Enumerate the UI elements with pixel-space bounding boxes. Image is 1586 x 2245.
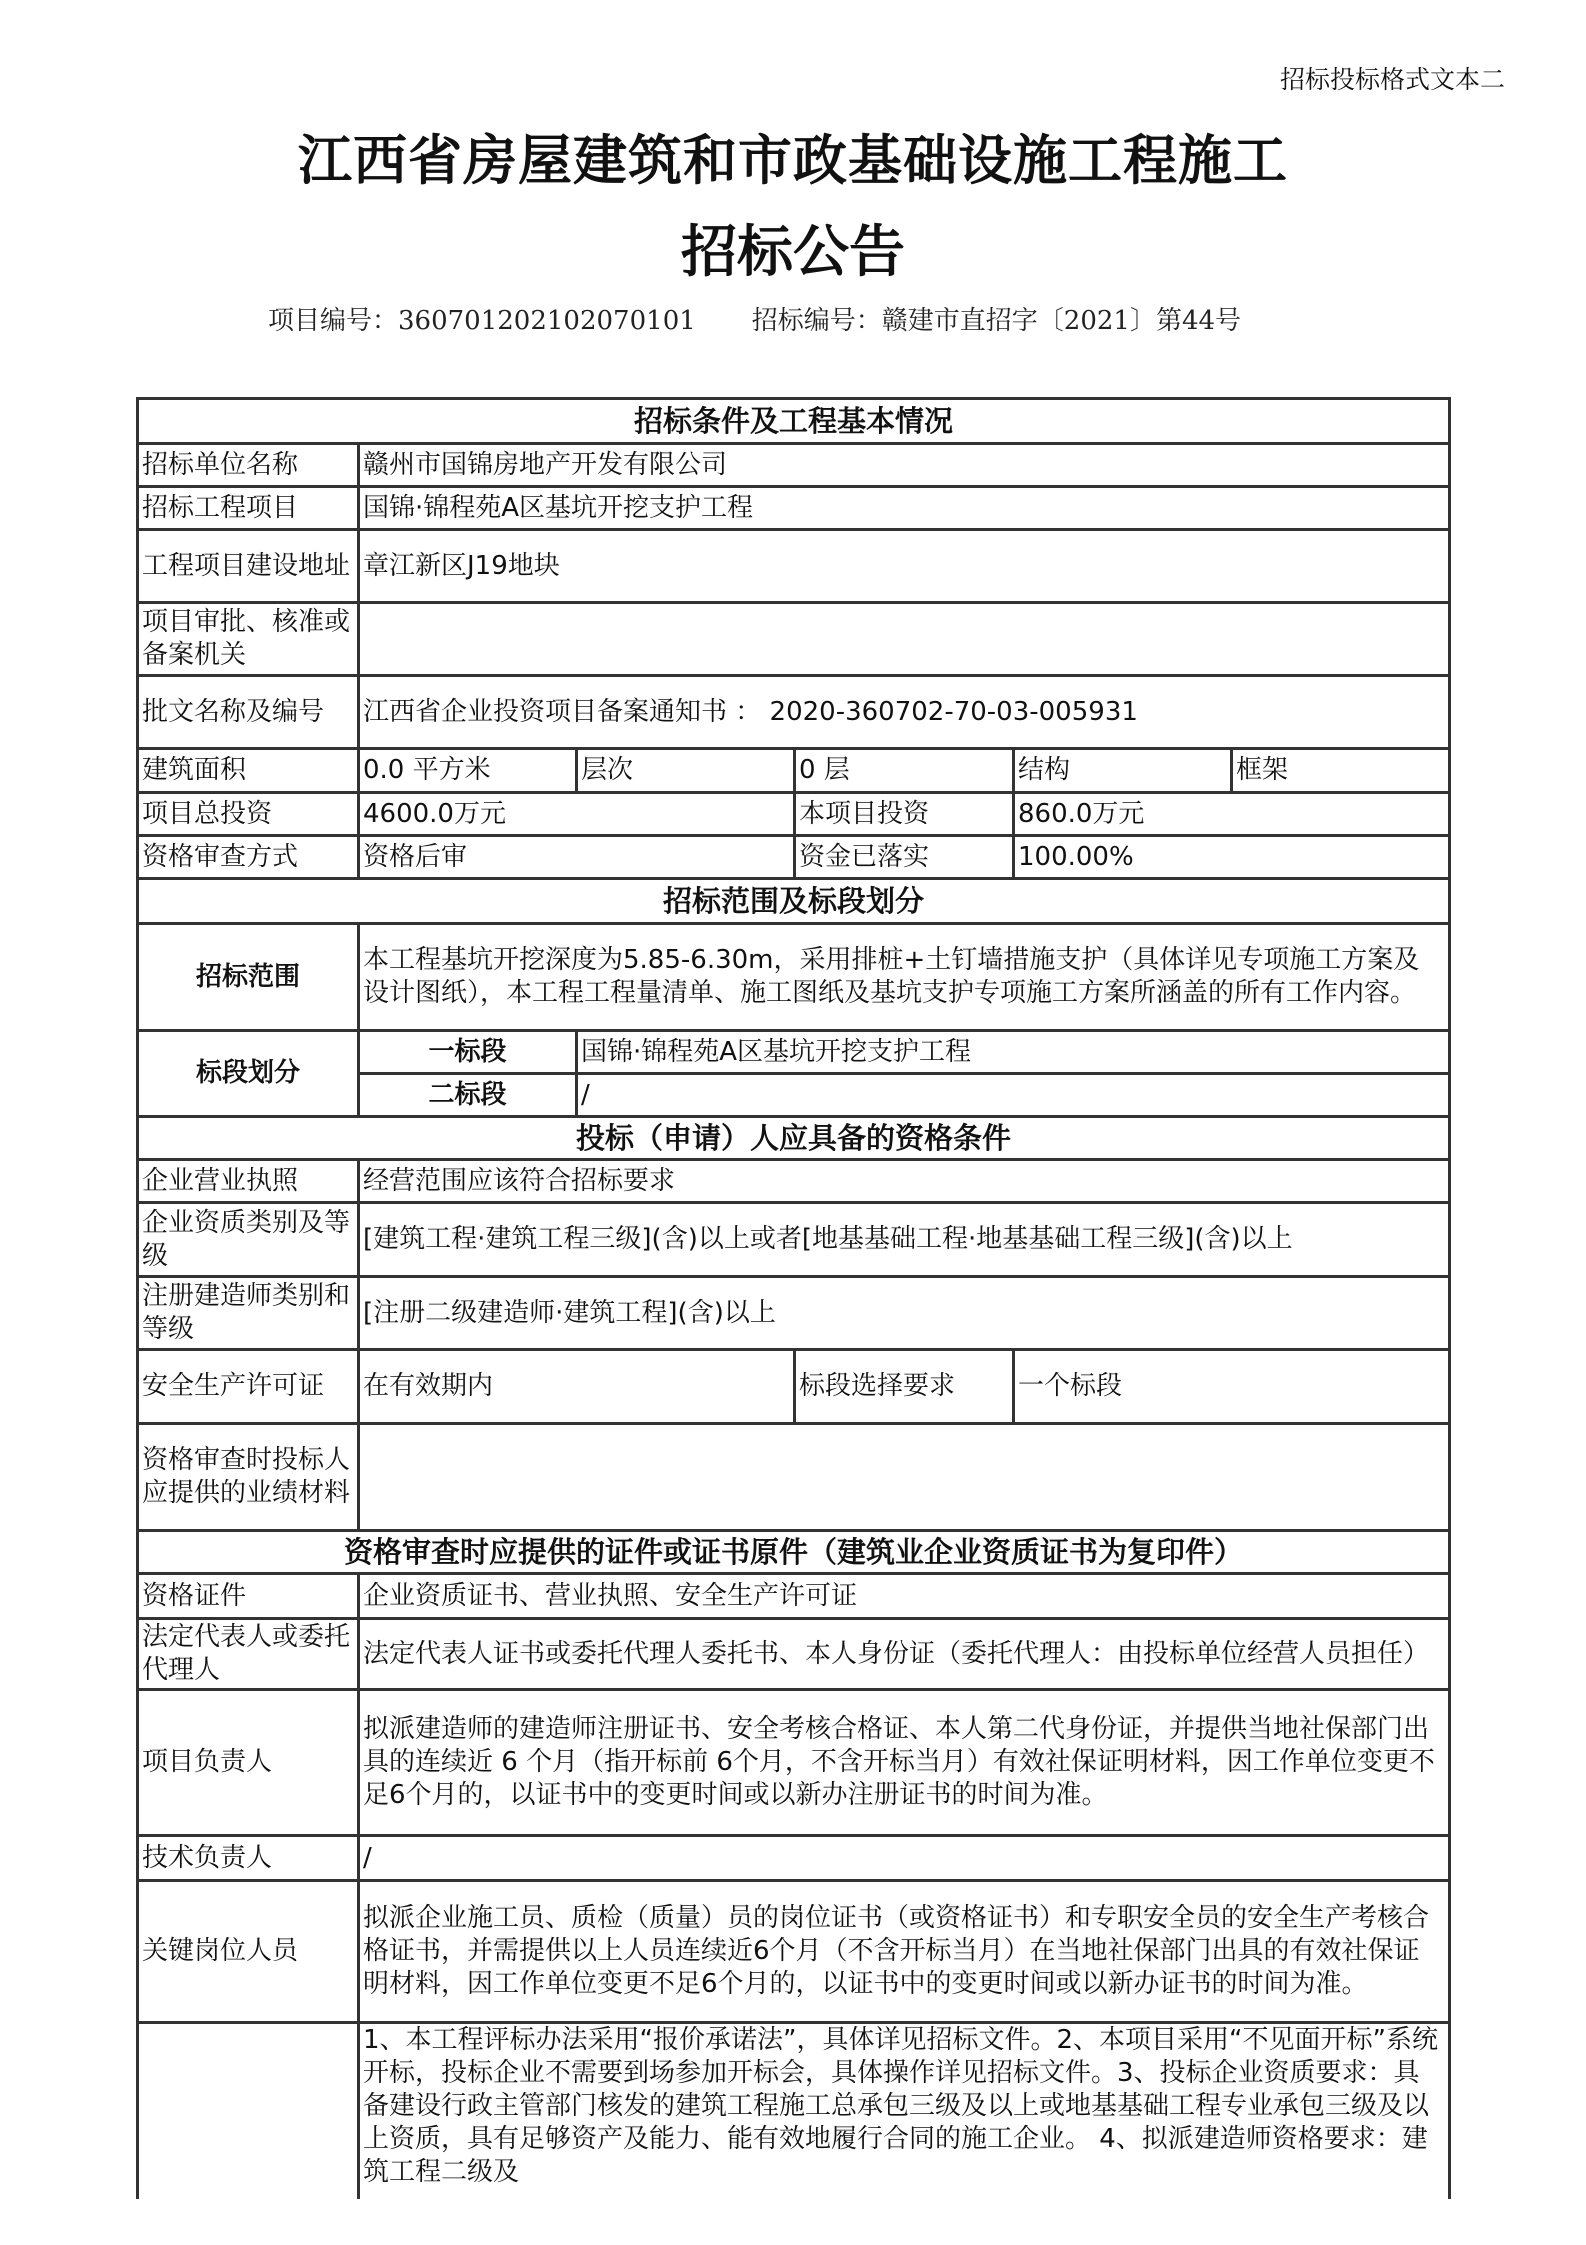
- table-row: 招标工程项目 国锦·锦程苑A区基坑开挖支护工程: [138, 487, 1450, 530]
- structure-value: 框架: [1232, 749, 1450, 793]
- row-label: 项目负责人: [138, 1690, 359, 1836]
- this-invest-value: 860.0万元: [1014, 793, 1450, 836]
- funds-label: 资金已落实: [795, 836, 1014, 879]
- table-row: 批文名称及编号 江西省企业投资项目备案通知书 ： 2020-360702-70-…: [138, 676, 1450, 749]
- lot1-label: 一标段: [359, 1031, 577, 1074]
- table-row: 技术负责人 /: [138, 1836, 1450, 1881]
- section-header-basic: 招标条件及工程基本情况: [138, 399, 1450, 444]
- row-label: 项目审批、核准或备案机关: [138, 603, 359, 676]
- row-label: 法定代表人或委托代理人: [138, 1619, 359, 1690]
- authority-value: [359, 603, 1450, 676]
- tender-number-label: 招标编号：: [752, 306, 882, 336]
- row-label: 资格证件: [138, 1574, 359, 1619]
- table-row: 招标单位名称 赣州市国锦房地产开发有限公司: [138, 444, 1450, 487]
- row-label: 注册建造师类别和等级: [138, 1277, 359, 1350]
- table-row: 工程项目建设地址 章江新区J19地块: [138, 530, 1450, 603]
- funds-value: 100.00%: [1014, 836, 1450, 879]
- table-row: 注册建造师类别和等级 [注册二级建造师·建筑工程](含)以上: [138, 1277, 1450, 1350]
- performance-value: [359, 1424, 1450, 1531]
- structure-label: 结构: [1014, 749, 1232, 793]
- section-header-scope: 招标范围及标段划分: [138, 879, 1450, 924]
- row-label: [138, 2023, 359, 2200]
- project-number-label: 项目编号：: [268, 306, 398, 336]
- table-row: 资格审查方式 资格后审 资金已落实 100.00%: [138, 836, 1450, 879]
- row-label: 资格审查方式: [138, 836, 359, 879]
- license-value: 经营范围应该符合招标要求: [359, 1160, 1450, 1203]
- key-staff-value: 拟派企业施工员、质检（质量）员的岗位证书（或资格证书）和专职安全员的安全生产考核…: [359, 1881, 1450, 2023]
- lot2-label: 二标段: [359, 1074, 577, 1117]
- section-header-qualification: 投标（申请）人应具备的资格条件: [138, 1117, 1450, 1160]
- row-label: 工程项目建设地址: [138, 530, 359, 603]
- table-row: 关键岗位人员 拟派企业施工员、质检（质量）员的岗位证书（或资格证书）和专职安全员…: [138, 1881, 1450, 2023]
- row-label: 招标范围: [138, 924, 359, 1031]
- table-row: 法定代表人或委托代理人 法定代表人证书或委托代理人委托书、本人身份证（委托代理人…: [138, 1619, 1450, 1690]
- builder-value: [注册二级建造师·建筑工程](含)以上: [359, 1277, 1450, 1350]
- rep-value: 法定代表人证书或委托代理人委托书、本人身份证（委托代理人：由投标单位经营人员担任…: [359, 1619, 1450, 1690]
- this-invest-label: 本项目投资: [795, 793, 1014, 836]
- table-row: 招标范围 本工程基坑开挖深度为5.85-6.30m，采用排桩+土钉墙措施支护（具…: [138, 924, 1450, 1031]
- tech-value: /: [359, 1836, 1450, 1881]
- lot2-value: /: [577, 1074, 1450, 1117]
- project-value: 国锦·锦程苑A区基坑开挖支护工程: [359, 487, 1450, 530]
- reference-numbers: 项目编号：360701202102070101招标编号：赣建市直招字〔2021〕…: [268, 300, 1241, 337]
- document-format-label: 招标投标格式文本二: [1280, 60, 1505, 96]
- section-header-certificates: 资格审查时应提供的证件或证书原件（建筑业企业资质证书为复印件）: [138, 1531, 1450, 1574]
- table-row: 资格审查时投标人应提供的业绩材料: [138, 1424, 1450, 1531]
- total-invest-value: 4600.0万元: [359, 793, 795, 836]
- row-label: 建筑面积: [138, 749, 359, 793]
- table-row: 项目审批、核准或备案机关: [138, 603, 1450, 676]
- row-label: 技术负责人: [138, 1836, 359, 1881]
- row-label: 安全生产许可证: [138, 1350, 359, 1424]
- row-label: 标段划分: [138, 1031, 359, 1117]
- row-label: 项目总投资: [138, 793, 359, 836]
- row-label: 招标单位名称: [138, 444, 359, 487]
- tender-info-table: 招标条件及工程基本情况 招标单位名称 赣州市国锦房地产开发有限公司 招标工程项目…: [136, 397, 1451, 2199]
- row-label: 资格审查时投标人应提供的业绩材料: [138, 1424, 359, 1531]
- lot1-value: 国锦·锦程苑A区基坑开挖支护工程: [577, 1031, 1450, 1074]
- page-title: 江西省房屋建筑和市政基础设施工程施工: [0, 118, 1586, 195]
- page-title-line2: 招标公告: [0, 208, 1586, 288]
- table-row: 安全生产许可证 在有效期内 标段选择要求 一个标段: [138, 1350, 1450, 1424]
- other-requirements-value: 1、本工程评标办法采用“报价承诺法”，具体详见招标文件。2、本项目采用“不见面开…: [359, 2023, 1450, 2200]
- safety-value: 在有效期内: [359, 1350, 795, 1424]
- lot-choice-value: 一个标段: [1014, 1350, 1450, 1424]
- project-number: 360701202102070101: [398, 306, 696, 336]
- review-value: 资格后审: [359, 836, 795, 879]
- tenderer-value: 赣州市国锦房地产开发有限公司: [359, 444, 1450, 487]
- approval-value: 江西省企业投资项目备案通知书 ： 2020-360702-70-03-00593…: [359, 676, 1450, 749]
- cert-value: 企业资质证书、营业执照、安全生产许可证: [359, 1574, 1450, 1619]
- table-row: 企业资质类别及等级 [建筑工程·建筑工程三级](含)以上或者[地基基础工程·地基…: [138, 1203, 1450, 1277]
- row-label: 招标工程项目: [138, 487, 359, 530]
- table-row: 企业营业执照 经营范围应该符合招标要求: [138, 1160, 1450, 1203]
- pm-value: 拟派建造师的建造师注册证书、安全考核合格证、本人第二代身份证，并提供当地社保部门…: [359, 1690, 1450, 1836]
- table-row: 标段划分 一标段 国锦·锦程苑A区基坑开挖支护工程: [138, 1031, 1450, 1074]
- row-label: 企业资质类别及等级: [138, 1203, 359, 1277]
- row-label: 关键岗位人员: [138, 1881, 359, 2023]
- floors-label: 层次: [577, 749, 795, 793]
- table-row: 项目负责人 拟派建造师的建造师注册证书、安全考核合格证、本人第二代身份证，并提供…: [138, 1690, 1450, 1836]
- table-row: 资格证件 企业资质证书、营业执照、安全生产许可证: [138, 1574, 1450, 1619]
- area-value: 0.0 平方米: [359, 749, 577, 793]
- grade-value: [建筑工程·建筑工程三级](含)以上或者[地基基础工程·地基基础工程三级](含)…: [359, 1203, 1450, 1277]
- row-label: 企业营业执照: [138, 1160, 359, 1203]
- table-row: 建筑面积 0.0 平方米 层次 0 层 结构 框架: [138, 749, 1450, 793]
- row-label: 批文名称及编号: [138, 676, 359, 749]
- floors-value: 0 层: [795, 749, 1014, 793]
- table-row: 1、本工程评标办法采用“报价承诺法”，具体详见招标文件。2、本项目采用“不见面开…: [138, 2023, 1450, 2200]
- address-value: 章江新区J19地块: [359, 530, 1450, 603]
- lot-choice-label: 标段选择要求: [795, 1350, 1014, 1424]
- table-row: 项目总投资 4600.0万元 本项目投资 860.0万元: [138, 793, 1450, 836]
- scope-value: 本工程基坑开挖深度为5.85-6.30m，采用排桩+土钉墙措施支护（具体详见专项…: [359, 924, 1450, 1031]
- tender-number: 赣建市直招字〔2021〕第44号: [882, 306, 1241, 336]
